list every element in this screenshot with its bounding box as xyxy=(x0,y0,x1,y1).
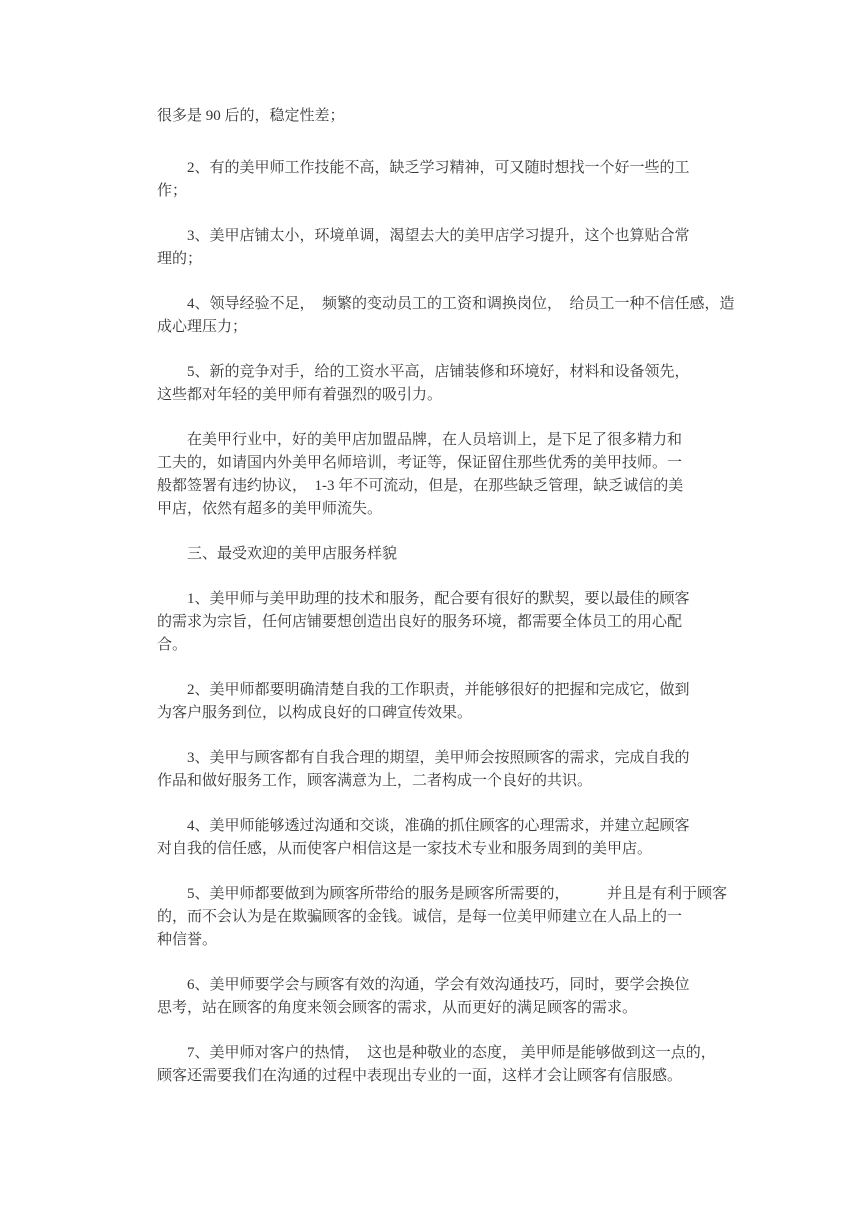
service-paragraph-5: 5、美甲师都要做到为顾客所带给的服务是顾客所需要的， 并且是有利于顾客 的，而不… xyxy=(157,883,803,952)
numbered-paragraph-5: 5、新的竞争对手，给的工资水平高，店铺装修和环境好，材料和设备领先， 这些都对年… xyxy=(157,361,803,407)
numbered-paragraph-4: 4、领导经验不足， 频繁的变动员工的工资和调换岗位， 给员工一种不信任感，造 成… xyxy=(157,293,803,339)
service-paragraph-1: 1、美甲师与美甲助理的技术和服务，配合要有很好的默契，要以最佳的顾客 的需求为宗… xyxy=(157,588,803,657)
document-page: 很多是 90 后的，稳定性差； 2、有的美甲师工作技能不高，缺乏学习精神，可又随… xyxy=(0,0,860,1218)
service-paragraph-4: 4、美甲师能够透过沟通和交谈，准确的抓住顾客的心理需求，并建立起顾客 对自我的信… xyxy=(157,815,803,861)
service-paragraph-7: 7、美甲师对客户的热情， 这也是种敬业的态度， 美甲师是能够做到这一点的， 顾客… xyxy=(157,1042,803,1088)
service-paragraph-3: 3、美甲与顾客都有自我合理的期望，美甲师会按照顾客的需求，完成自我的 作品和做好… xyxy=(157,747,803,793)
numbered-paragraph-3: 3、美甲店铺太小，环境单调，渴望去大的美甲店学习提升，这个也算贴合常 理的； xyxy=(157,225,803,271)
paragraph-industry-note: 在美甲行业中，好的美甲店加盟品牌，在人员培训上，是下足了很多精力和 工夫的，如请… xyxy=(157,429,803,521)
numbered-paragraph-2: 2、有的美甲师工作技能不高，缺乏学习精神，可又随时想找一个好一些的工 作； xyxy=(157,157,803,203)
section-heading: 三、最受欢迎的美甲店服务样貌 xyxy=(157,543,803,566)
service-paragraph-6: 6、美甲师要学会与顾客有效的沟通，学会有效沟通技巧，同时，要学会换位 思考，站在… xyxy=(157,974,803,1020)
service-paragraph-2: 2、美甲师都要明确清楚自我的工作职责，并能够很好的把握和完成它，做到 为客户服务… xyxy=(157,679,803,725)
document-content: 很多是 90 后的，稳定性差； 2、有的美甲师工作技能不高，缺乏学习精神，可又随… xyxy=(157,105,803,1110)
paragraph-continuation: 很多是 90 后的，稳定性差； xyxy=(157,105,803,128)
